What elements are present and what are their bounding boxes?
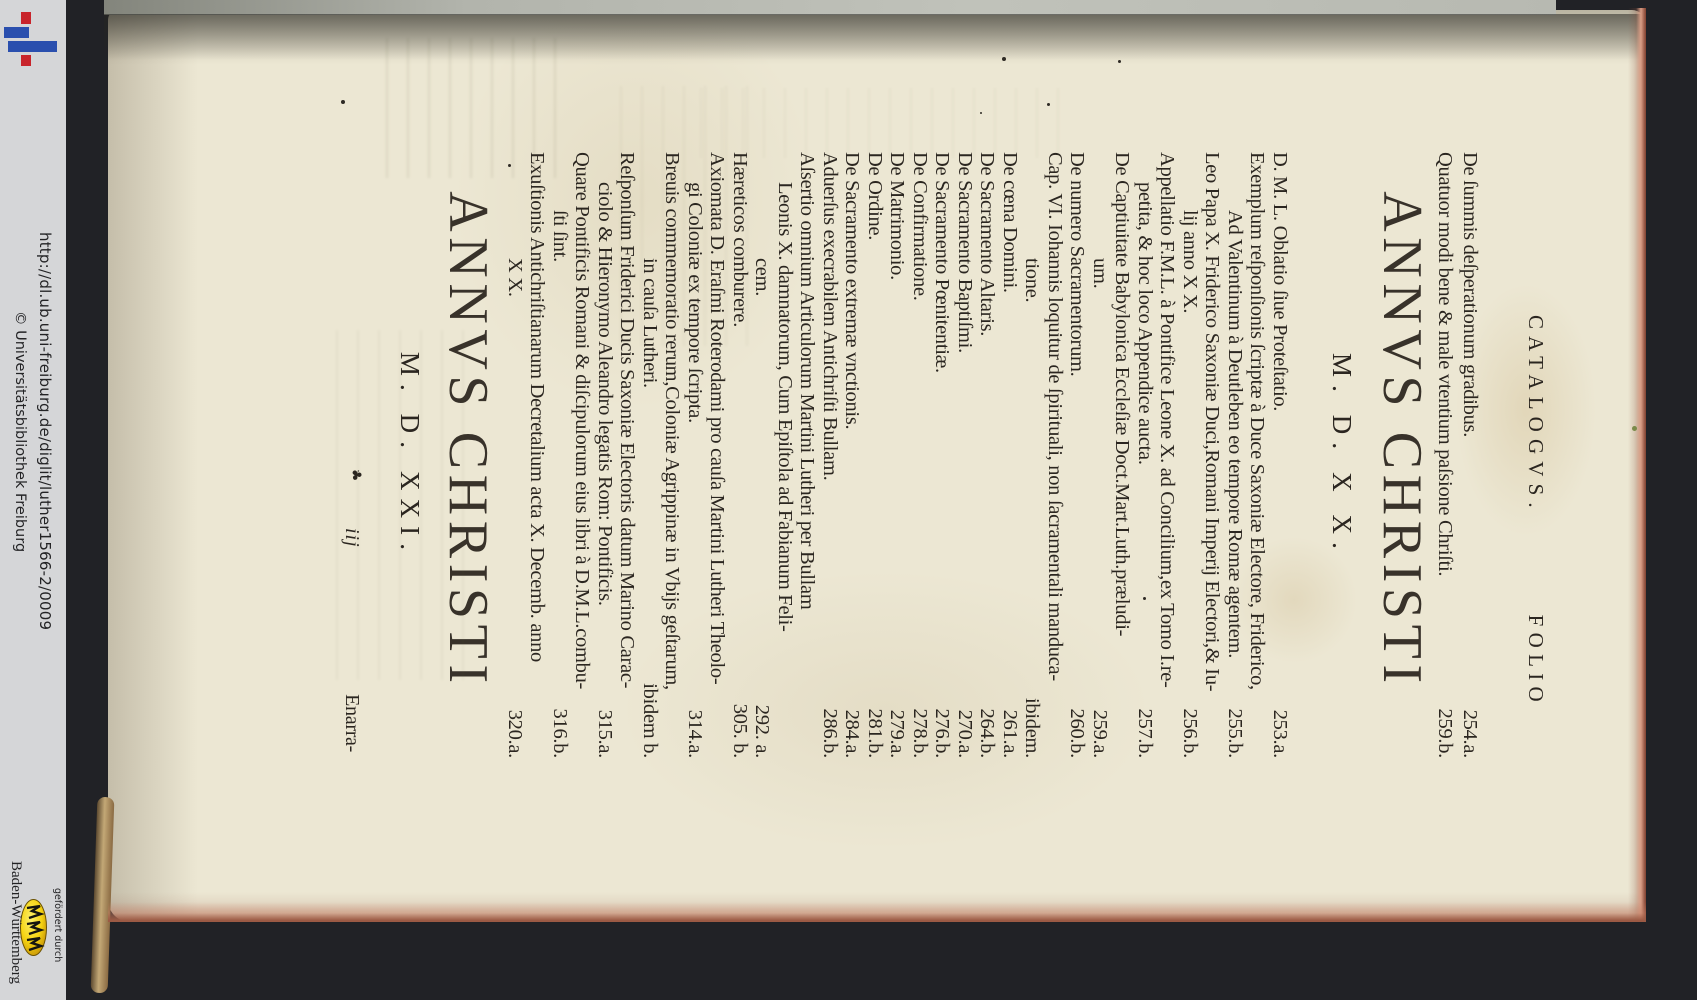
year-heading-1520: ANNVS CHRISTI	[1373, 152, 1431, 758]
catalog-entry: De Confirmatione.278.b.	[909, 152, 932, 758]
catalog-entry: De numero Sacramentorum.260.b.	[1066, 152, 1089, 758]
entry-folio: 270.a.	[953, 702, 976, 758]
entry-folio: 259.b.	[1433, 701, 1456, 758]
entry-folio: 284.a.	[841, 702, 864, 758]
catalog-text-block: CATALOGVS. FOLIO De ſummis deſperationum…	[340, 152, 1549, 758]
entry-folio: 255.b.	[1223, 701, 1246, 758]
catalog-entry: De Matrimonio.279.a.	[886, 152, 909, 758]
entry-text: Appellatio F.M.L. à Pontifice Leone X. a…	[1156, 152, 1179, 688]
catalog-entry: X X.320.a.	[504, 152, 527, 758]
entry-folio: 292. a.	[751, 697, 774, 758]
catalog-entry: tione.ibidem.	[1021, 152, 1044, 758]
entry-text: Leonis X. damnatorum, Cum Epiſtola ad Fa…	[773, 152, 796, 632]
entry-text: De cœna Domini.	[998, 152, 1021, 293]
entry-folio: 261.a.	[998, 702, 1021, 758]
catalog-entry: Cap. VI. Iohannis loquitur de ſpirituali…	[1044, 152, 1067, 758]
entry-text: Ad Valentinum à Deutleben eo tempore Rom…	[1223, 152, 1246, 658]
entry-text: Leo Papa X. Friderico Saxoniæ Duci,Roman…	[1201, 152, 1224, 691]
entry-text: De numero Sacramentorum.	[1066, 152, 1089, 377]
catalog-entry: lij anno X X.256.b.	[1179, 152, 1202, 758]
entry-folio: 305. b.	[728, 696, 751, 758]
entry-text: Exuſtionis Antichriſtianarum Decretalium…	[526, 152, 549, 662]
running-head-folio-label: FOLIO	[1523, 615, 1548, 708]
entry-text: De ſummis deſperationum gradibus.	[1458, 152, 1481, 437]
catalog-entry: Quare Pontificis Romani & diſcipulorum e…	[571, 152, 594, 758]
entry-text: ciolo & Hieronymo Aleandro legatis Rom: …	[593, 152, 616, 606]
catalog-entry: Ad Valentinum à Deutleben eo tempore Rom…	[1224, 152, 1247, 758]
digitized-book-scan: CATALOGVS. FOLIO De ſummis deſperationum…	[0, 0, 1697, 1000]
entry-text: Exemplum reſponſionis ſcriptæ à Duce Sax…	[1246, 152, 1269, 690]
catalog-entry: De Sacramento extremæ vnctionis.284.a.	[841, 152, 864, 758]
region-label: Baden-Württemberg	[7, 861, 25, 984]
entry-text: cem.	[751, 152, 774, 296]
catalog-entry: Appellatio F.M.L. à Pontifice Leone X. a…	[1156, 152, 1179, 758]
copyright-notice: © Universitätsbibliothek Freiburg	[11, 311, 28, 552]
running-head-title: CATALOGVS.	[1523, 315, 1548, 515]
catalog-entry: Exemplum reſponſionis ſcriptæ à Duce Sax…	[1246, 152, 1269, 758]
registration-bar-red	[21, 55, 31, 66]
registration-bar-blue	[8, 41, 57, 52]
page-top-edge-stained	[1628, 8, 1646, 922]
entry-text: tione.	[1021, 152, 1044, 302]
ink-speck	[1143, 597, 1146, 600]
entry-text: Quatuor modi bene & male vtentium paſsio…	[1433, 152, 1456, 576]
entry-text: De Sacramento Baptiſmi.	[953, 152, 976, 353]
gutter-shadow	[104, 14, 1646, 60]
funding-label: gefördert durch	[52, 888, 63, 962]
entry-text: De Sacramento Altaris.	[976, 152, 999, 336]
catalog-entry: um.259.a.	[1089, 152, 1112, 758]
catalog-entry: Quatuor modi bene & male vtentium paſsio…	[1431, 152, 1456, 758]
catalog-entry: De ſummis deſperationum gradibus.254.a.	[1456, 152, 1481, 758]
facing-page-edge	[104, 0, 1556, 15]
entry-text: De Matrimonio.	[886, 152, 909, 280]
entry-folio: 286.b.	[818, 701, 841, 758]
entry-folio: 256.b.	[1178, 701, 1201, 758]
entry-text: lij anno X X.	[1178, 152, 1201, 313]
entry-folio: 254.a.	[1458, 702, 1481, 758]
registration-bar-blue	[4, 27, 29, 38]
entry-folio: 320.a.	[503, 702, 526, 758]
catalog-entry: De Sacramento Pœnitentiæ.276.b.	[931, 152, 954, 758]
entry-folio: 260.b.	[1066, 701, 1089, 758]
entry-text: De Ordine.	[863, 152, 886, 240]
entry-text: um.	[1088, 152, 1111, 288]
catalog-entry: petita, & hoc loco Appendice aucta.257.b…	[1134, 152, 1157, 758]
entry-text: De Sacramento extremæ vnctionis.	[841, 152, 864, 429]
metadata-sidebar: http://dl.ub.uni-freiburg.de/diglit/luth…	[0, 0, 66, 1000]
entry-folio: 259.a.	[1088, 702, 1111, 758]
paper-fleck	[1632, 426, 1637, 431]
catalog-entry: D. M. L. Oblatio ſiue Proteſtatio.253.a.	[1269, 152, 1292, 758]
catalog-entry: De cœna Domini.261.a.	[999, 152, 1022, 758]
catalog-entry: ciolo & Hieronymo Aleandro legatis Rom: …	[594, 152, 617, 758]
color-registration-mark-icon	[0, 10, 66, 70]
ink-speck	[1047, 103, 1050, 106]
entry-text: petita, & hoc loco Appendice aucta.	[1133, 152, 1156, 465]
catalog-entry: De Captiuitate Babylonica Eccleſiæ Doct.…	[1111, 152, 1134, 758]
entry-folio: 315.a.	[593, 702, 616, 758]
entry-text: De Captiuitate Babylonica Eccleſiæ Doct.…	[1111, 152, 1134, 636]
entry-text: Quare Pontificis Romani & diſcipulorum e…	[571, 152, 594, 689]
running-head: CATALOGVS. FOLIO	[1522, 152, 1548, 758]
ink-speck	[1118, 60, 1121, 63]
intro-entry-list: De ſummis deſperationum gradibus.254.a.Q…	[1431, 152, 1481, 758]
source-url: http://dl.ub.uni-freiburg.de/diglit/luth…	[36, 232, 54, 630]
catalog-entry: De Sacramento Baptiſmi.270.a.	[954, 152, 977, 758]
ink-speck	[980, 112, 982, 114]
entry-text: D. M. L. Oblatio ſiue Proteſtatio.	[1268, 152, 1291, 411]
ink-speck	[508, 164, 511, 167]
catalog-entry: cem.292. a.	[751, 152, 774, 758]
show-through	[336, 330, 466, 680]
catalog-entry: Aſsertio omnium Articulorum Martini Luth…	[796, 152, 819, 758]
catalog-entry: De Ordine.281.b.	[864, 152, 887, 758]
catalog-entry: ſti ſint.316.b.	[549, 152, 572, 758]
ink-speck	[341, 100, 345, 104]
entry-text: Aſsertio omnium Articulorum Martini Luth…	[796, 152, 819, 610]
entry-folio: 257.b.	[1133, 701, 1156, 758]
book-board-edge	[91, 797, 115, 993]
catalog-entry: Leo Papa X. Friderico Saxoniæ Duci,Roman…	[1201, 152, 1224, 758]
entry-folio: ibidem.	[1021, 690, 1044, 758]
year-roman-1520: M. D. X X.	[1327, 152, 1357, 758]
entry-folio: 316.b.	[548, 701, 571, 758]
catalog-entry: Aduerſus execrabilem Antichriſti Bullam.…	[819, 152, 842, 758]
catchword: Enarra-	[341, 694, 364, 752]
entry-folio: ibidem b.	[638, 675, 661, 758]
entry-folio: 276.b.	[931, 701, 954, 758]
catalog-entry: Exuſtionis Antichriſtianarum Decretalium…	[526, 152, 549, 758]
registration-bar-red	[21, 12, 31, 24]
page-fore-edge-stained	[108, 902, 1646, 922]
entry-text: Cap. VI. Iohannis loquitur de ſpirituali…	[1043, 152, 1066, 681]
entry-folio: 264.b.	[976, 701, 999, 758]
entry-text: Aduerſus execrabilem Antichriſti Bullam.	[818, 152, 841, 480]
entry-folio: 279.a.	[886, 702, 909, 758]
entry-folio: 278.b.	[908, 701, 931, 758]
entry-folio: 281.b.	[863, 701, 886, 758]
entry-folio: 253.a.	[1268, 702, 1291, 758]
catalog-entry: De Sacramento Altaris.264.b.	[976, 152, 999, 758]
show-through	[700, 88, 1070, 158]
entry-folio: 314.a.	[683, 702, 706, 758]
entry-text: De Sacramento Pœnitentiæ.	[931, 152, 954, 373]
ink-speck	[1002, 57, 1006, 61]
entry-text: De Confirmatione.	[908, 152, 931, 301]
catalog-entry: Leonis X. damnatorum, Cum Epiſtola ad Fa…	[774, 152, 797, 758]
